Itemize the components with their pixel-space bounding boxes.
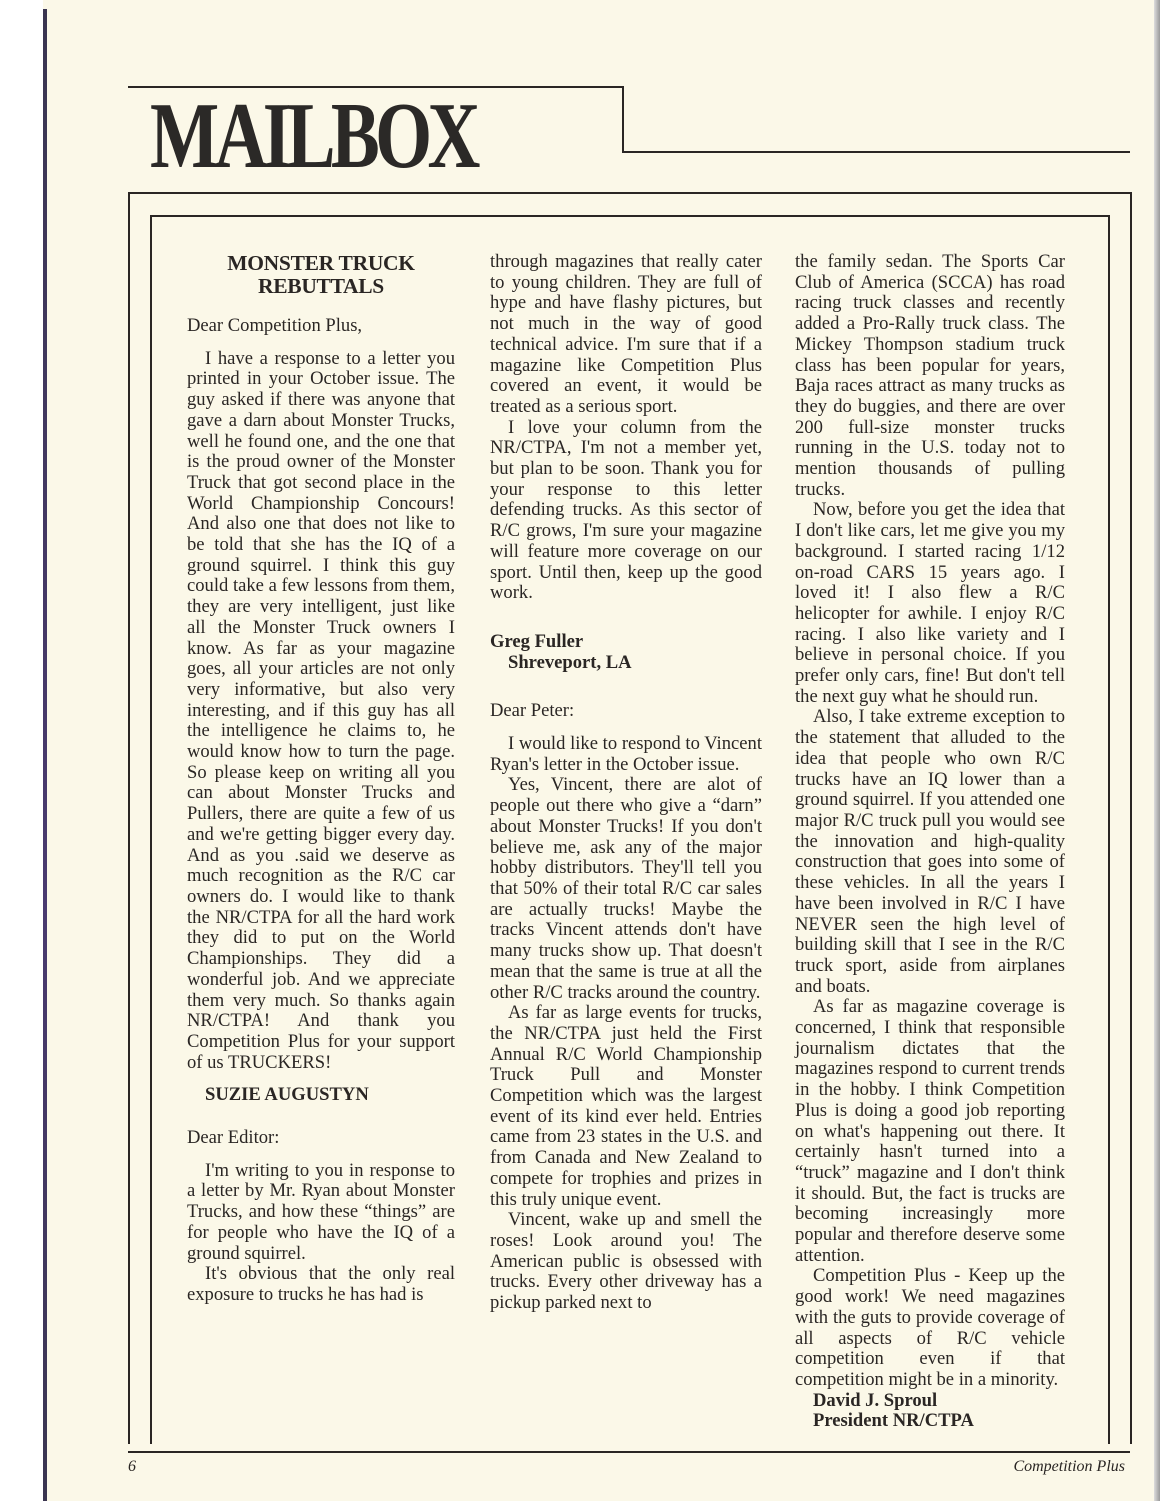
letter-2-paragraph: I'm writing to you in re­sponse to a let… <box>187 1161 455 1265</box>
letter-2-paragraph: It's obvious that the only real exposure… <box>187 1264 455 1305</box>
letter-3-paragraph: Vincent, wake up and smell the roses! Lo… <box>490 1210 762 1314</box>
letter-2-signature-location: Shreveport, LA <box>490 653 762 674</box>
footer-rule <box>128 1451 1130 1453</box>
letter-3-signature-name: David J. Sproul <box>795 1391 1065 1412</box>
letter-2-paragraph: I love your column from the NR/CTPA, I'm… <box>490 418 762 604</box>
scan-margin <box>0 0 43 1501</box>
letter-3-paragraph: I would like to respond to Vin­cent Ryan… <box>490 734 762 775</box>
magazine-name: Competition Plus <box>1013 1458 1125 1476</box>
scan-page-edge <box>1154 0 1160 1501</box>
page-binding-edge <box>43 9 47 1501</box>
title-right-rule <box>622 151 1130 153</box>
column-2: through magazines that really cater to y… <box>490 252 762 1314</box>
letter-2-signature-name: Greg Fuller <box>490 632 762 653</box>
letter-3-paragraph: Competition Plus - Keep up the good work… <box>795 1266 1065 1390</box>
letter-3-salutation: Dear Peter: <box>490 701 762 722</box>
letter-3-paragraph: Yes, Vincent, there are alot of people o… <box>490 775 762 1003</box>
letter-3-paragraph: Also, I take extreme exception to the st… <box>795 707 1065 997</box>
letter-3-signature-title: President NR/CTPA <box>795 1411 1065 1432</box>
column-1: MONSTER TRUCK REBUTTALS Dear Competition… <box>187 252 455 1306</box>
letter-1-paragraph: I have a response to a letter you printe… <box>187 349 455 1074</box>
section-title: MAILBOX <box>150 96 476 176</box>
letter-2-salutation: Dear Editor: <box>187 1128 455 1149</box>
letter-1-salutation: Dear Competition Plus, <box>187 316 455 337</box>
letter-3-paragraph: As far as large events for trucks, the N… <box>490 1003 762 1210</box>
page-number: 6 <box>128 1458 136 1476</box>
letter-3-paragraph: the family sedan. The Sports Car Club of… <box>795 252 1065 500</box>
letter-1-signature: SUZIE AUGUSTYN <box>187 1085 455 1106</box>
letter-3-paragraph: As far as magazine coverage is concerned… <box>795 997 1065 1266</box>
article-headline: MONSTER TRUCK REBUTTALS <box>187 252 455 298</box>
column-3: the family sedan. The Sports Car Club of… <box>795 252 1065 1432</box>
letter-2-paragraph: through magazines that really cater to y… <box>490 252 762 418</box>
letter-3-paragraph: Now, before you get the idea that I don'… <box>795 500 1065 707</box>
title-drop-rule <box>622 86 624 153</box>
